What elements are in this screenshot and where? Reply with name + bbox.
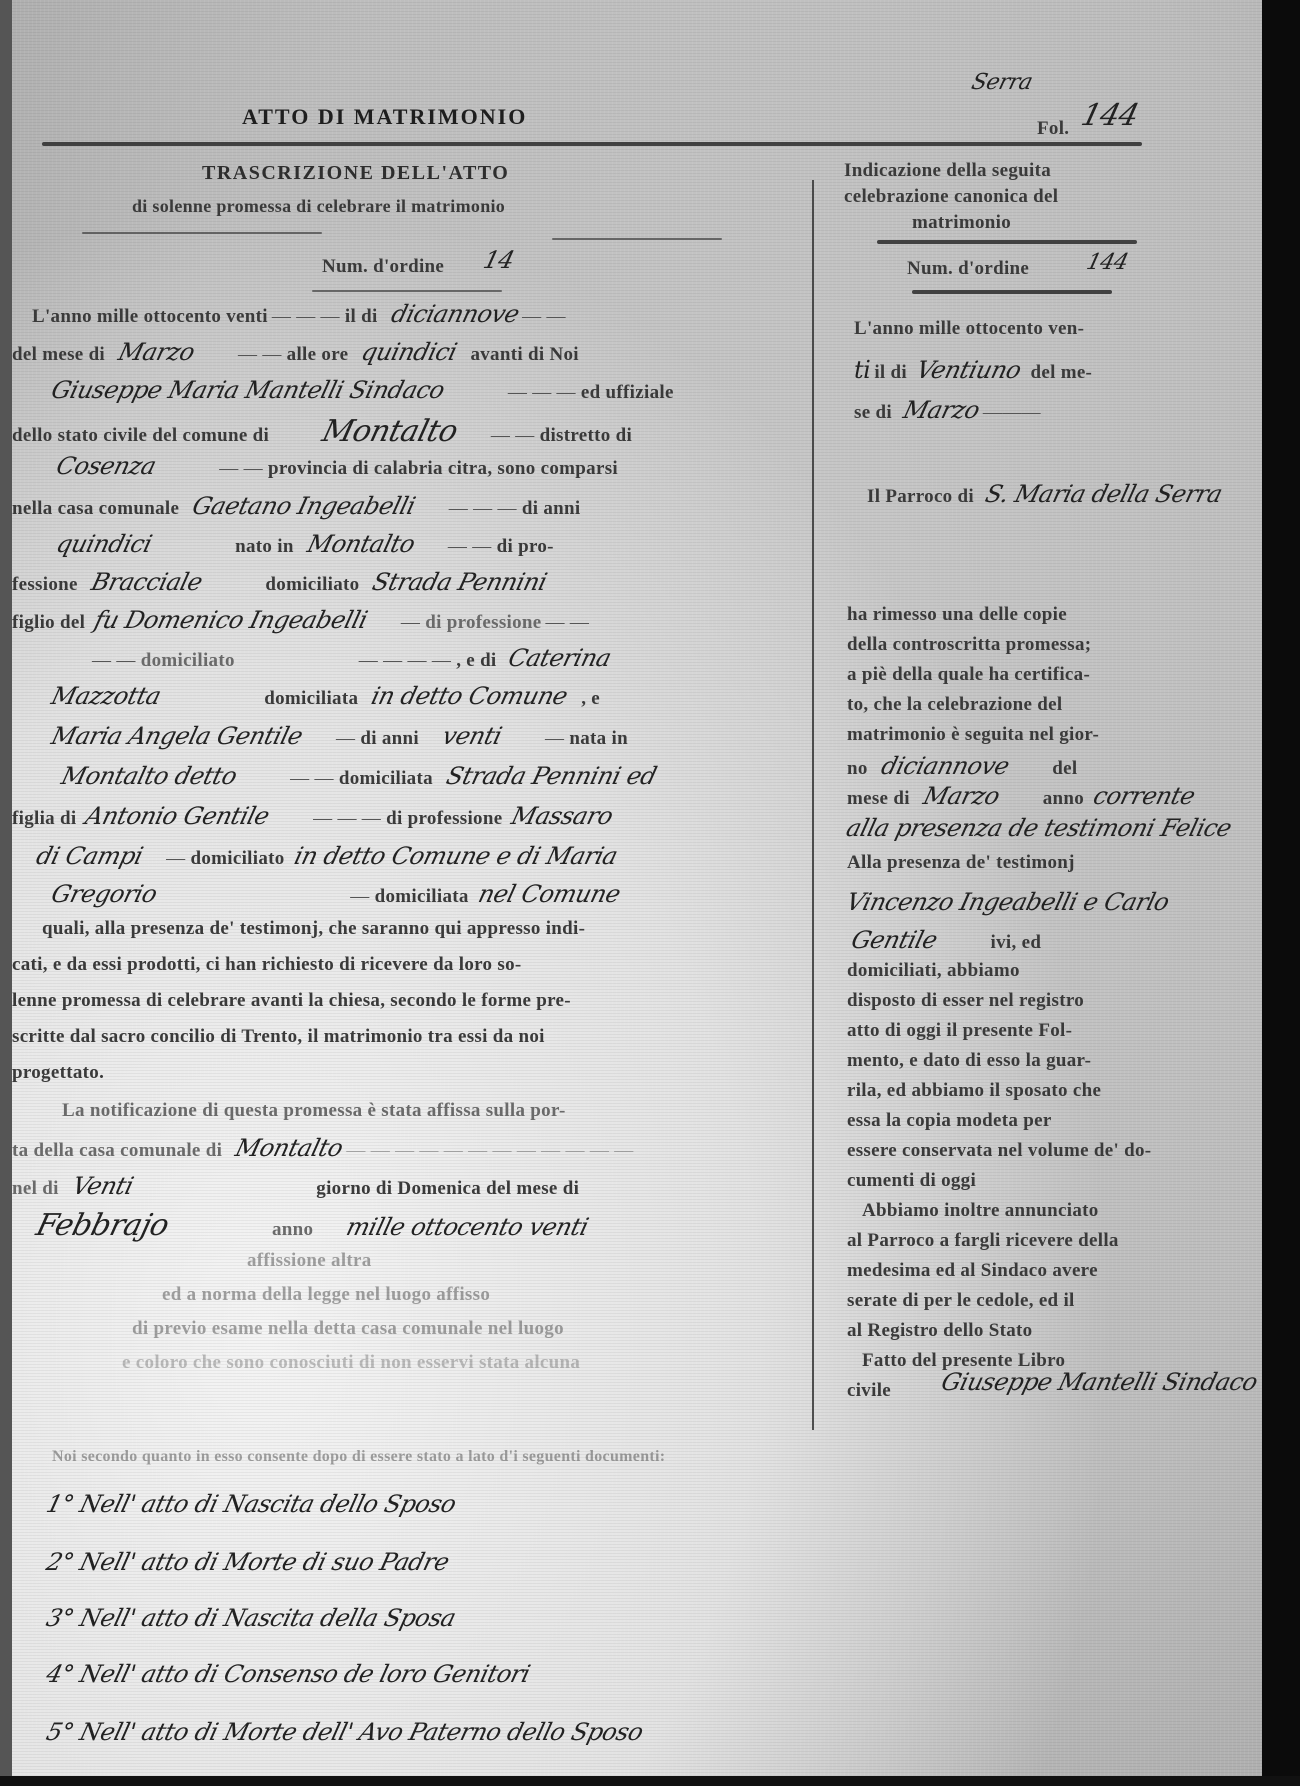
right-closing-2: al Parroco a fargli ricevere della: [847, 1230, 1119, 1252]
cert-line-4: to, che la celebrazione del: [847, 694, 1062, 716]
form-line-15: di Campi — domiciliato in detto Comune e…: [37, 842, 616, 870]
cert-line-6: no diciannove del: [847, 752, 1077, 780]
left-rule-a: [82, 232, 322, 234]
form-line-4: dello stato civile del comune di Montalt…: [12, 414, 632, 449]
right-body-2: disposto di esser nel registro: [847, 990, 1084, 1012]
document-item-3: 3° Nell' atto di Nascita della Sposa: [44, 1604, 459, 1632]
right-body-4: mento, e dato di esso la guar-: [847, 1050, 1091, 1072]
scan-left-edge: [0, 0, 12, 1786]
groom-name: Gaetano Ingeabelli: [190, 492, 419, 520]
form-line-6: nella casa comunale Gaetano Ingeabelli —…: [12, 492, 580, 520]
bride-name: Maria Angela Gentile: [49, 722, 306, 750]
notification-line-3: nel di Venti giorno di Domenica del mese…: [12, 1172, 579, 1200]
groom-mother-name: Caterina: [505, 644, 613, 672]
form-line-10: — — domiciliato — — — — , e di Caterina: [92, 644, 610, 672]
right-heading-1: Indicazione della seguita: [844, 160, 1051, 182]
right-body-7: essere conservata nel volume de' do-: [847, 1140, 1151, 1162]
right-heading-3: matrimonio: [912, 212, 1011, 234]
right-closing-4: serate di per le cedole, ed il: [847, 1290, 1075, 1312]
scan-right-edge: [1262, 0, 1300, 1786]
form-line-12: Maria Angela Gentile — di anni venti — n…: [52, 722, 628, 750]
right-closing-1: Abbiamo inoltre annunciato: [862, 1200, 1099, 1222]
left-subheading: di solenne promessa di celebrare il matr…: [132, 196, 505, 217]
right-heading-rule: [877, 240, 1137, 244]
form-line-9: figlio del fu Domenico Ingeabelli — di p…: [12, 606, 589, 634]
right-closing-7: civile: [847, 1380, 891, 1402]
cert-line-9: Alla presenza de' testimonj: [847, 852, 1075, 874]
cert-line-2: della controscritta promessa;: [847, 634, 1091, 656]
mayor-signature: Giuseppe Mantelli Sindaco: [939, 1368, 1261, 1396]
right-body-5: rila, ed abbiamo il sposato che: [847, 1080, 1101, 1102]
cert-line-7: mese di Marzo anno corrente: [847, 782, 1194, 810]
body-line-4: scritte dal sacro concilio di Trento, il…: [12, 1026, 545, 1048]
right-parish-line: Il Parroco di S. Maria della Serra: [867, 480, 1222, 508]
body-line-3: lenne promessa di celebrare avanti la ch…: [12, 990, 571, 1012]
form-line-11: Mazzotta domiciliata in detto Comune , e: [52, 682, 600, 710]
document-item-1: 1° Nell' atto di Nascita dello Sposo: [44, 1490, 459, 1518]
form-line-5: Cosenza — — provincia di calabria citra,…: [57, 452, 618, 480]
left-order-number: 14: [481, 246, 518, 274]
cert-line-1: ha rimesso una delle copie: [847, 604, 1067, 626]
form-line-2: del mese di Marzo — — alle ore quindici …: [12, 338, 579, 366]
cert-line-8: alla presenza de testimoni Felice: [844, 814, 1235, 842]
form-line-1: L'anno mille ottocento venti — — — il di…: [32, 300, 566, 328]
form-line-3: Giuseppe Maria Mantelli Sindaco — — — ed…: [52, 376, 674, 404]
document-item-2: 2° Nell' atto di Morte di suo Padre: [44, 1548, 452, 1576]
right-closing-5: al Registro dello Stato: [847, 1320, 1032, 1342]
notification-line-2: ta della casa comunale di Montalto — — —…: [12, 1134, 634, 1162]
right-date-line-2: ti il di Ventiuno del me-: [854, 356, 1092, 384]
left-order-rule: [312, 290, 502, 292]
faded-line-1: affissione altra: [247, 1250, 372, 1272]
right-body-1: domiciliati, abbiamo: [847, 960, 1020, 982]
body-line-1: quali, alla presenza de' testimonj, che …: [42, 918, 585, 940]
document-page: Serra ATTO DI MATRIMONIO Fol. 144 TRASCR…: [12, 0, 1262, 1776]
cert-line-5: matrimonio è seguita nel gior-: [847, 724, 1099, 746]
documents-note: Noi secondo quanto in esso consente dopo…: [52, 1448, 665, 1466]
notification-line-4: Febbrajo anno mille ottocento venti: [37, 1208, 588, 1243]
left-rule-b: [552, 238, 722, 240]
form-line-13: Montalto detto — — domiciliata Strada Pe…: [62, 762, 656, 790]
cert-line-3: a piè della quale ha certifica-: [847, 664, 1090, 686]
right-date-line-3: se di Marzo ———: [854, 396, 1041, 424]
right-body-8: cumenti di oggi: [847, 1170, 976, 1192]
right-order-label: Num. d'ordine: [907, 258, 1029, 280]
folio-number: 144: [1078, 98, 1142, 133]
faded-line-2: ed a norma della legge nel luogo affisso: [162, 1284, 490, 1306]
scan-bottom-edge: [0, 1776, 1300, 1786]
right-body-6: essa la copia modeta per: [847, 1110, 1052, 1132]
form-line-16: Gregorio — domiciliata nel Comune: [52, 880, 619, 908]
document-title: ATTO DI MATRIMONIO: [242, 104, 527, 130]
form-line-7: quindici nato in Montalto — — di pro-: [57, 530, 554, 558]
parish-name: S. Maria della Serra: [982, 480, 1225, 508]
notification-line-1: La notificazione di questa promessa è st…: [62, 1100, 566, 1122]
right-heading-2: celebrazione canonica del: [844, 186, 1058, 208]
right-date-line-1: L'anno mille ottocento ven-: [854, 318, 1084, 340]
column-divider: [812, 180, 814, 1430]
faded-line-4: e coloro che sono conosciuti di non esse…: [122, 1352, 580, 1374]
right-body-3: atto di oggi il presente Fol-: [847, 1020, 1072, 1042]
date-day-handwritten: diciannove: [388, 300, 522, 328]
body-line-2: cati, e da essi prodotti, ci han richies…: [12, 954, 522, 976]
right-order-number: 144: [1084, 250, 1131, 275]
right-closing-3: medesima ed al Sindaco avere: [847, 1260, 1098, 1282]
cert-line-11: Gentile ivi, ed: [852, 926, 1041, 954]
document-item-5: 5° Nell' atto di Morte dell' Avo Paterno…: [44, 1718, 646, 1746]
folio-label: Fol.: [1037, 118, 1069, 140]
form-line-8: fessione Bracciale domiciliato Strada Pe…: [12, 568, 547, 596]
left-order-label: Num. d'ordine: [322, 256, 444, 278]
right-order-rule: [912, 290, 1112, 294]
archive-note: Serra: [969, 70, 1035, 95]
header-rule: [42, 142, 1142, 146]
document-item-4: 4° Nell' atto di Consenso de loro Genito…: [44, 1660, 533, 1688]
left-heading: TRASCRIZIONE DELL'ATTO: [202, 162, 509, 185]
form-line-14: figlia di Antonio Gentile — — — di profe…: [12, 802, 613, 830]
cert-line-10: Vincenzo Ingeabelli e Carlo: [844, 888, 1172, 916]
body-line-5: progettato.: [12, 1062, 104, 1084]
faded-line-3: di previo esame nella detta casa comunal…: [132, 1318, 564, 1340]
